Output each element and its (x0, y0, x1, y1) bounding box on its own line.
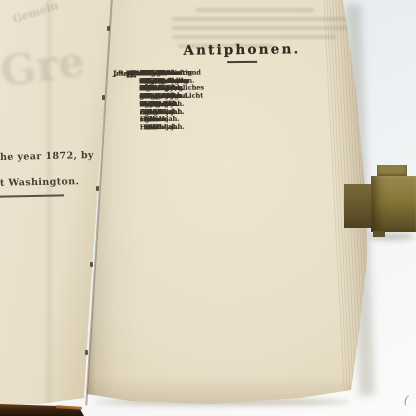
printed-page-text: Antiphonen. 1. Intonation: Der HErr sei … (126, 41, 358, 71)
brass-clasp-hinge (344, 184, 374, 228)
stitch-dot (90, 262, 93, 267)
showthrough-line (172, 35, 336, 39)
brass-clasp-strap (371, 176, 416, 232)
brass-clasp-notch (373, 231, 385, 237)
stitch-dot (107, 26, 110, 31)
imprint-rule (0, 194, 64, 197)
showthrough-line (172, 26, 352, 30)
antiphon-list: 1. Intonation: Der HErr sei mit euch.Res… (126, 68, 358, 71)
imprint-line-1: he year 1872, by (0, 150, 94, 163)
antiphon-line: R. Und die Könige im Glanz, der über dir… (126, 70, 184, 117)
pencil-mark: ( (402, 393, 410, 408)
imprint-line-2: t Washington. (0, 176, 79, 189)
stitch-dot (102, 95, 105, 100)
showthrough-line (196, 8, 314, 12)
showthrough-line (172, 17, 348, 21)
photo-open-antique-book: Gemein Gre he year 1872, by t Washington… (0, 0, 416, 416)
stitch-dot (96, 186, 99, 191)
title-rule (227, 61, 257, 63)
stitch-dot (85, 350, 88, 355)
page-title: Antiphonen. (126, 41, 358, 60)
showthrough-title-initial: Gre (0, 36, 88, 96)
